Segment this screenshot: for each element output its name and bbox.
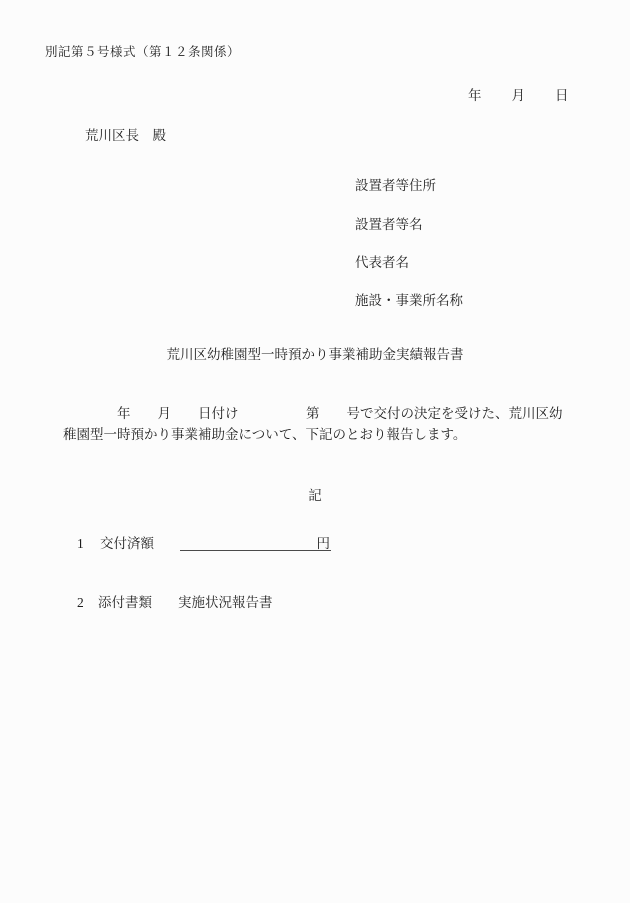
body-paragraph-line-2: 稚園型一時預かり事業補助金について、下記のとおり報告します。 bbox=[63, 427, 466, 444]
item-1-number: 1 bbox=[77, 536, 84, 553]
sender-address-label: 設置者等住所 bbox=[355, 178, 436, 195]
addressee-line: 荒川区長 殿 bbox=[85, 128, 166, 145]
document-page: 別記第５号様式（第１２条関係） 年 月 日 荒川区長 殿 設置者等住所 設置者等… bbox=[0, 0, 630, 903]
form-number: 別記第５号様式（第１２条関係） bbox=[45, 45, 240, 61]
item-2-number: 2 bbox=[77, 595, 84, 612]
facility-name-label: 施設・事業所名称 bbox=[355, 293, 463, 310]
item-1-label: 交付済額 bbox=[100, 536, 154, 553]
sender-name-label: 設置者等名 bbox=[355, 217, 423, 234]
body-paragraph-line-1: 年 月 日付け 第 号で交付の決定を受けた、荒川区幼 bbox=[63, 406, 563, 423]
section-marker-ki: 記 bbox=[0, 488, 630, 505]
representative-name-label: 代表者名 bbox=[355, 255, 409, 272]
item-2-label: 添付書類 bbox=[98, 595, 152, 612]
item-2-value: 実施状況報告書 bbox=[178, 595, 273, 612]
date-blank-line: 年 月 日 bbox=[468, 88, 570, 105]
currency-unit-label: 円 bbox=[317, 536, 331, 553]
document-title: 荒川区幼稚園型一時預かり事業補助金実績報告書 bbox=[0, 347, 630, 364]
amount-fill-in-blank: 円 bbox=[180, 532, 331, 551]
